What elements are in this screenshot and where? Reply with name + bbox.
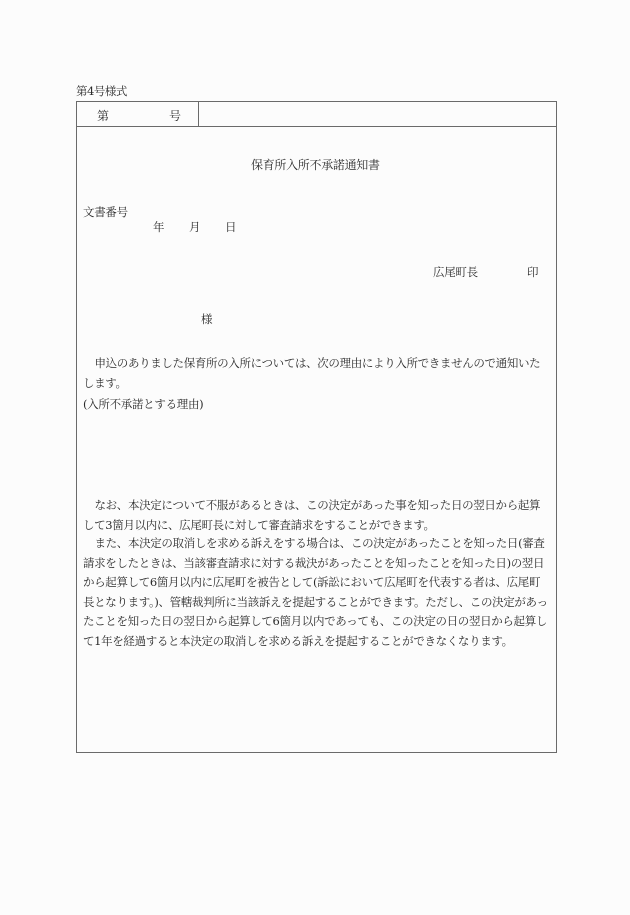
issuer-name: 広尾町長 <box>433 265 478 279</box>
document-number-cell: 第 号 <box>77 102 199 126</box>
reason-label: (入所不承諾とする理由) <box>83 397 203 411</box>
document-number-row: 第 号 <box>77 102 556 127</box>
page-title: 保育所入所不承諾通知書 <box>251 158 380 172</box>
body-paragraph: 申込のありました保育所の入所については、次の理由により入所できませんので通知いた… <box>83 354 551 393</box>
number-suffix: 号 <box>169 107 181 124</box>
doc-number-label: 文書番号 <box>83 205 128 219</box>
notice-form-frame: 第 号 保育所入所不承諾通知書 文書番号 年 月 日 広尾町長 印 様 申込のあ… <box>76 101 557 753</box>
date-month-label: 月 <box>189 220 201 234</box>
form-number-label: 第4号様式 <box>76 84 127 98</box>
date-year-label: 年 <box>153 220 165 234</box>
date-day-label: 日 <box>225 220 237 234</box>
addressee-suffix: 様 <box>201 312 213 326</box>
number-value-cell <box>200 102 556 126</box>
reason-value <box>83 414 551 484</box>
lawsuit-notice-paragraph: また、本決定の取消しを求める訴えをする場合は、この決定があったことを知った日(審… <box>83 534 551 652</box>
number-prefix: 第 <box>97 107 109 124</box>
seal-mark: 印 <box>527 265 539 279</box>
appeal-notice-paragraph: なお、本決定について不服があるときは、この決定があった事を知った日の翌日から起算… <box>83 496 551 535</box>
